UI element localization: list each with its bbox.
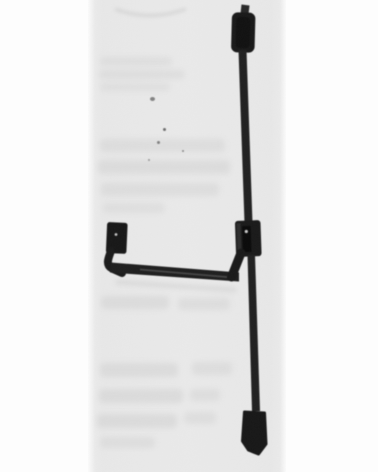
bar-shadow (116, 282, 236, 290)
center-case-slot (242, 226, 251, 252)
upper-rod (239, 50, 253, 223)
lower-rod (248, 255, 261, 411)
bottom-bolt (243, 412, 267, 454)
scanned-page (0, 0, 378, 472)
top-latch-bolt-core (236, 17, 251, 48)
bracket-screw (115, 233, 118, 236)
panic-exit-device-photo (0, 0, 378, 472)
panic-exit-device (106, 5, 266, 455)
bar-right-arm (232, 253, 242, 277)
case-screw (245, 230, 248, 233)
